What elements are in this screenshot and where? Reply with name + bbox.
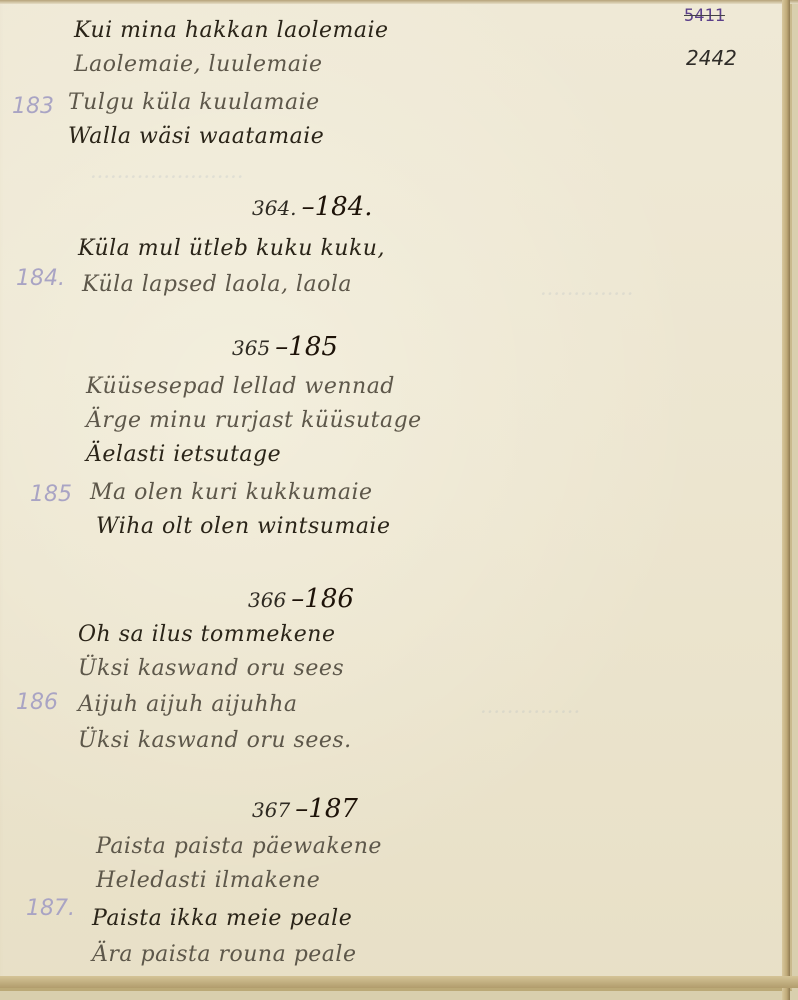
song-number-header: 366 –186 [248, 584, 354, 614]
page-bottom-edge [0, 976, 798, 988]
verse-line: Tulgu küla kuulamaie [68, 90, 320, 115]
song-number-old: 366 [248, 588, 286, 612]
song-number-header: 367 –187 [252, 794, 358, 824]
verse-line: Heledasti ilmakene [96, 868, 320, 893]
verse-line: Üksi kaswand oru sees. [78, 728, 352, 753]
verse-line: Küla lapsed laola, laola [82, 272, 352, 297]
verse-line: Küüsesepad lellad wennad [86, 374, 395, 399]
verse-line: Kui mina hakkan laolemaie [74, 18, 389, 43]
song-number-new: –185 [275, 332, 338, 362]
archive-number: 2442 [686, 46, 737, 70]
song-number-header: 365 –185 [232, 332, 338, 362]
margin-number: 187. [26, 896, 75, 921]
verse-line: Üksi kaswand oru sees [78, 656, 344, 681]
song-number-old: 365 [232, 336, 270, 360]
margin-number: 184. [16, 266, 65, 291]
margin-number: 185 [30, 482, 72, 507]
bleed-through-text: ······················· [90, 165, 244, 189]
margin-number: 183 [12, 94, 54, 119]
verse-line: Walla wäsi waatamaie [68, 124, 324, 149]
verse-line: Oh sa ilus tommekene [78, 622, 336, 647]
song-number-new: –184. [302, 192, 373, 222]
verse-line: Küla mul ütleb kuku kuku, [78, 236, 385, 261]
archive-number-crossed-out: 5411 [684, 6, 725, 26]
verse-line: Paista ikka meie peale [92, 906, 352, 931]
song-number-new: –187 [295, 794, 358, 824]
song-number-header: 364. –184. [252, 192, 373, 222]
verse-line: Ära paista rouna peale [92, 942, 356, 967]
song-number-old: 364. [252, 196, 297, 220]
verse-line: Wiha olt olen wintsumaie [96, 514, 391, 539]
verse-line: Aijuh aijuh aijuhha [78, 692, 297, 717]
verse-line: Ma olen kuri kukkumaie [90, 480, 373, 505]
margin-number: 186 [16, 690, 58, 715]
bleed-through-text: ··············· [480, 700, 580, 724]
page-right-edge [782, 0, 790, 1000]
manuscript-page: ······················· ·············· ·… [0, 0, 792, 991]
page-top-edge [0, 0, 798, 4]
verse-line: Ärge minu rurjast küüsutage [86, 408, 422, 433]
verse-line: Äelasti ietsutage [86, 442, 281, 467]
verse-line: Laolemaie, luulemaie [74, 52, 323, 77]
song-number-new: –186 [291, 584, 354, 614]
verse-line: Paista paista päewakene [96, 834, 382, 859]
song-number-old: 367 [252, 798, 290, 822]
bleed-through-text: ·············· [540, 282, 633, 306]
